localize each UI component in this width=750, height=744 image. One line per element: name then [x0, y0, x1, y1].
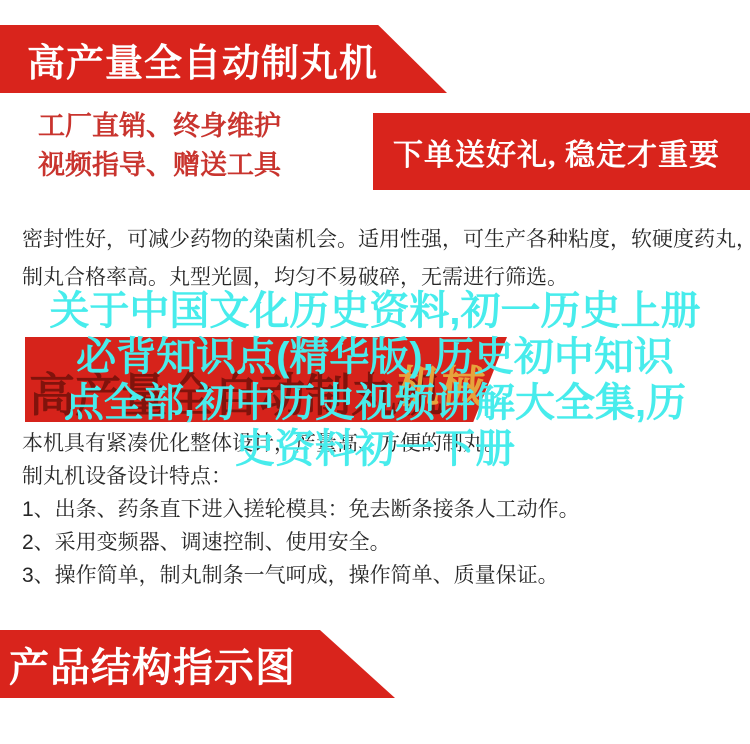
promo-right-banner: 下单送好礼, 稳定才重要 [373, 113, 750, 190]
promo-right-label: 下单送好礼, 稳定才重要 [393, 130, 720, 174]
promo-left-line1: 工厂直销、终身维护 [38, 107, 281, 146]
intro-paragraph: 密封性好，可减少药物的染菌机会。适用性强，可生产各种粘度，软硬度药丸， 制丸合格… [22, 221, 742, 297]
promo-left-text: 工厂直销、终身维护 视频指导、赠送工具 [38, 107, 281, 185]
article-title-line4: 史资料初一下册 [0, 426, 750, 472]
bottom-banner: 产品结构指示图 [0, 630, 395, 698]
article-title-line2: 必背知识点(精华版),历史初中知识 [0, 334, 750, 380]
article-title-line3: 点全部,初中历史视频讲解大全集,历 [0, 380, 750, 426]
article-title-overlay: 关于中国文化历史资料,初一历史上册 必背知识点(精华版),历史初中知识 点全部,… [0, 288, 750, 472]
intro-line1: 密封性好，可减少药物的染菌机会。适用性强，可生产各种粘度，软硬度药丸， [22, 221, 742, 259]
bottom-banner-title: 产品结构指示图 [9, 636, 296, 693]
top-banner: 高产量全自动制丸机 [0, 25, 447, 93]
top-banner-title: 高产量全自动制丸机 [27, 32, 378, 87]
promo-left-line2: 视频指导、赠送工具 [38, 146, 281, 185]
product-page: 高产量全自动制丸机 工厂直销、终身维护 视频指导、赠送工具 下单送好礼, 稳定才… [0, 0, 750, 744]
feature-item-2: 2、采用变频器、调速控制、使用安全。 [22, 526, 742, 559]
feature-item-1: 1、出条、药条直下进入搓轮模具：免去断条接条人工动作。 [22, 493, 742, 526]
feature-item-3: 3、操作简单，制丸制条一气呵成，操作简单、质量保证。 [22, 559, 742, 592]
article-title-line1: 关于中国文化历史资料,初一历史上册 [0, 288, 750, 334]
